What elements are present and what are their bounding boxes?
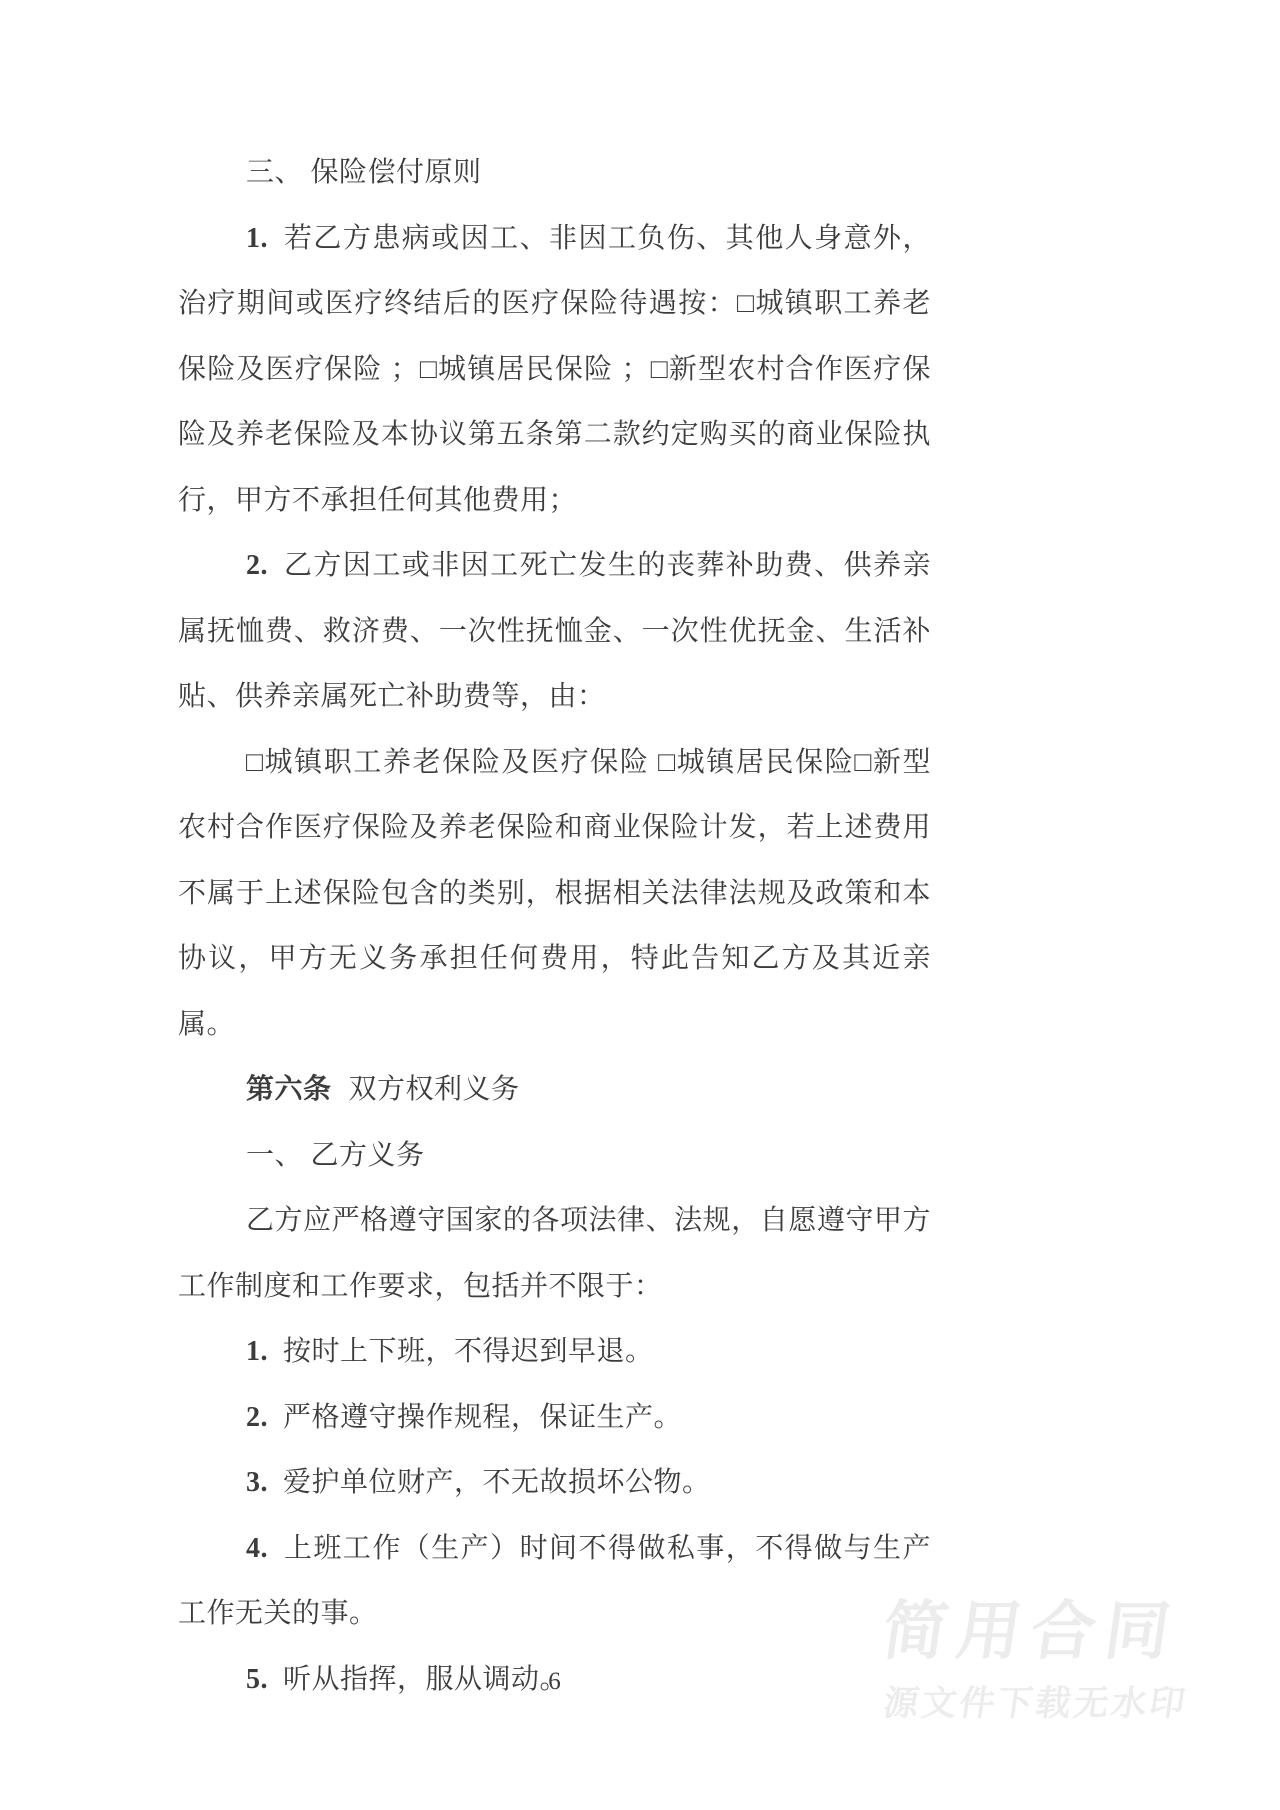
list-item: 4.上班工作（生产）时间不得做私事，不得做与生产工作无关的事。 — [178, 1516, 931, 1647]
subheading: 三、 保险偿付原则 — [178, 140, 931, 206]
list-item: 1.若乙方患病或因工、非因工负伤、其他人身意外，治疗期间或医疗终结后的医疗保险待… — [178, 206, 931, 534]
list-number: 2. — [246, 1402, 268, 1433]
list-number: 3. — [246, 1467, 268, 1498]
document-body: 三、 保险偿付原则1.若乙方患病或因工、非因工负伤、其他人身意外，治疗期间或医疗… — [178, 140, 931, 1712]
list-number: 2. — [246, 550, 268, 581]
list-item: 2.乙方因工或非因工死亡发生的丧葬补助费、供养亲属抚恤费、救济费、一次性抚恤金、… — [178, 533, 931, 730]
list-item: 3.爱护单位财产，不无故损坏公物。 — [178, 1450, 931, 1516]
list-number: 4. — [246, 1533, 268, 1564]
watermark-title: 简用合同 — [878, 1580, 1187, 1672]
body: 乙方应严格遵守国家的各项法律、法规，自愿遵守甲方工作制度和工作要求，包括并不限于… — [178, 1188, 931, 1319]
clause-heading: 第六条双方权利义务 — [178, 1057, 931, 1123]
list-number: 1. — [246, 1336, 268, 1367]
subheading: 一、 乙方义务 — [178, 1123, 931, 1189]
list-item: 2.严格遵守操作规程，保证生产。 — [178, 1385, 931, 1451]
page-number: 6 — [178, 1668, 931, 1696]
body: □城镇职工养老保险及医疗保险 □城镇居民保险□新型农村合作医疗保险及养老保险和商… — [178, 730, 931, 1058]
list-number: 1. — [246, 223, 268, 254]
list-item: 1.按时上下班，不得迟到早退。 — [178, 1319, 931, 1385]
clause-number-bold: 第六条 — [246, 1074, 332, 1105]
watermark-subtitle: 源文件下载无水印 — [880, 1676, 1191, 1726]
contract-page: 三、 保险偿付原则1.若乙方患病或因工、非因工负伤、其他人身意外，治疗期间或医疗… — [0, 0, 1280, 1810]
